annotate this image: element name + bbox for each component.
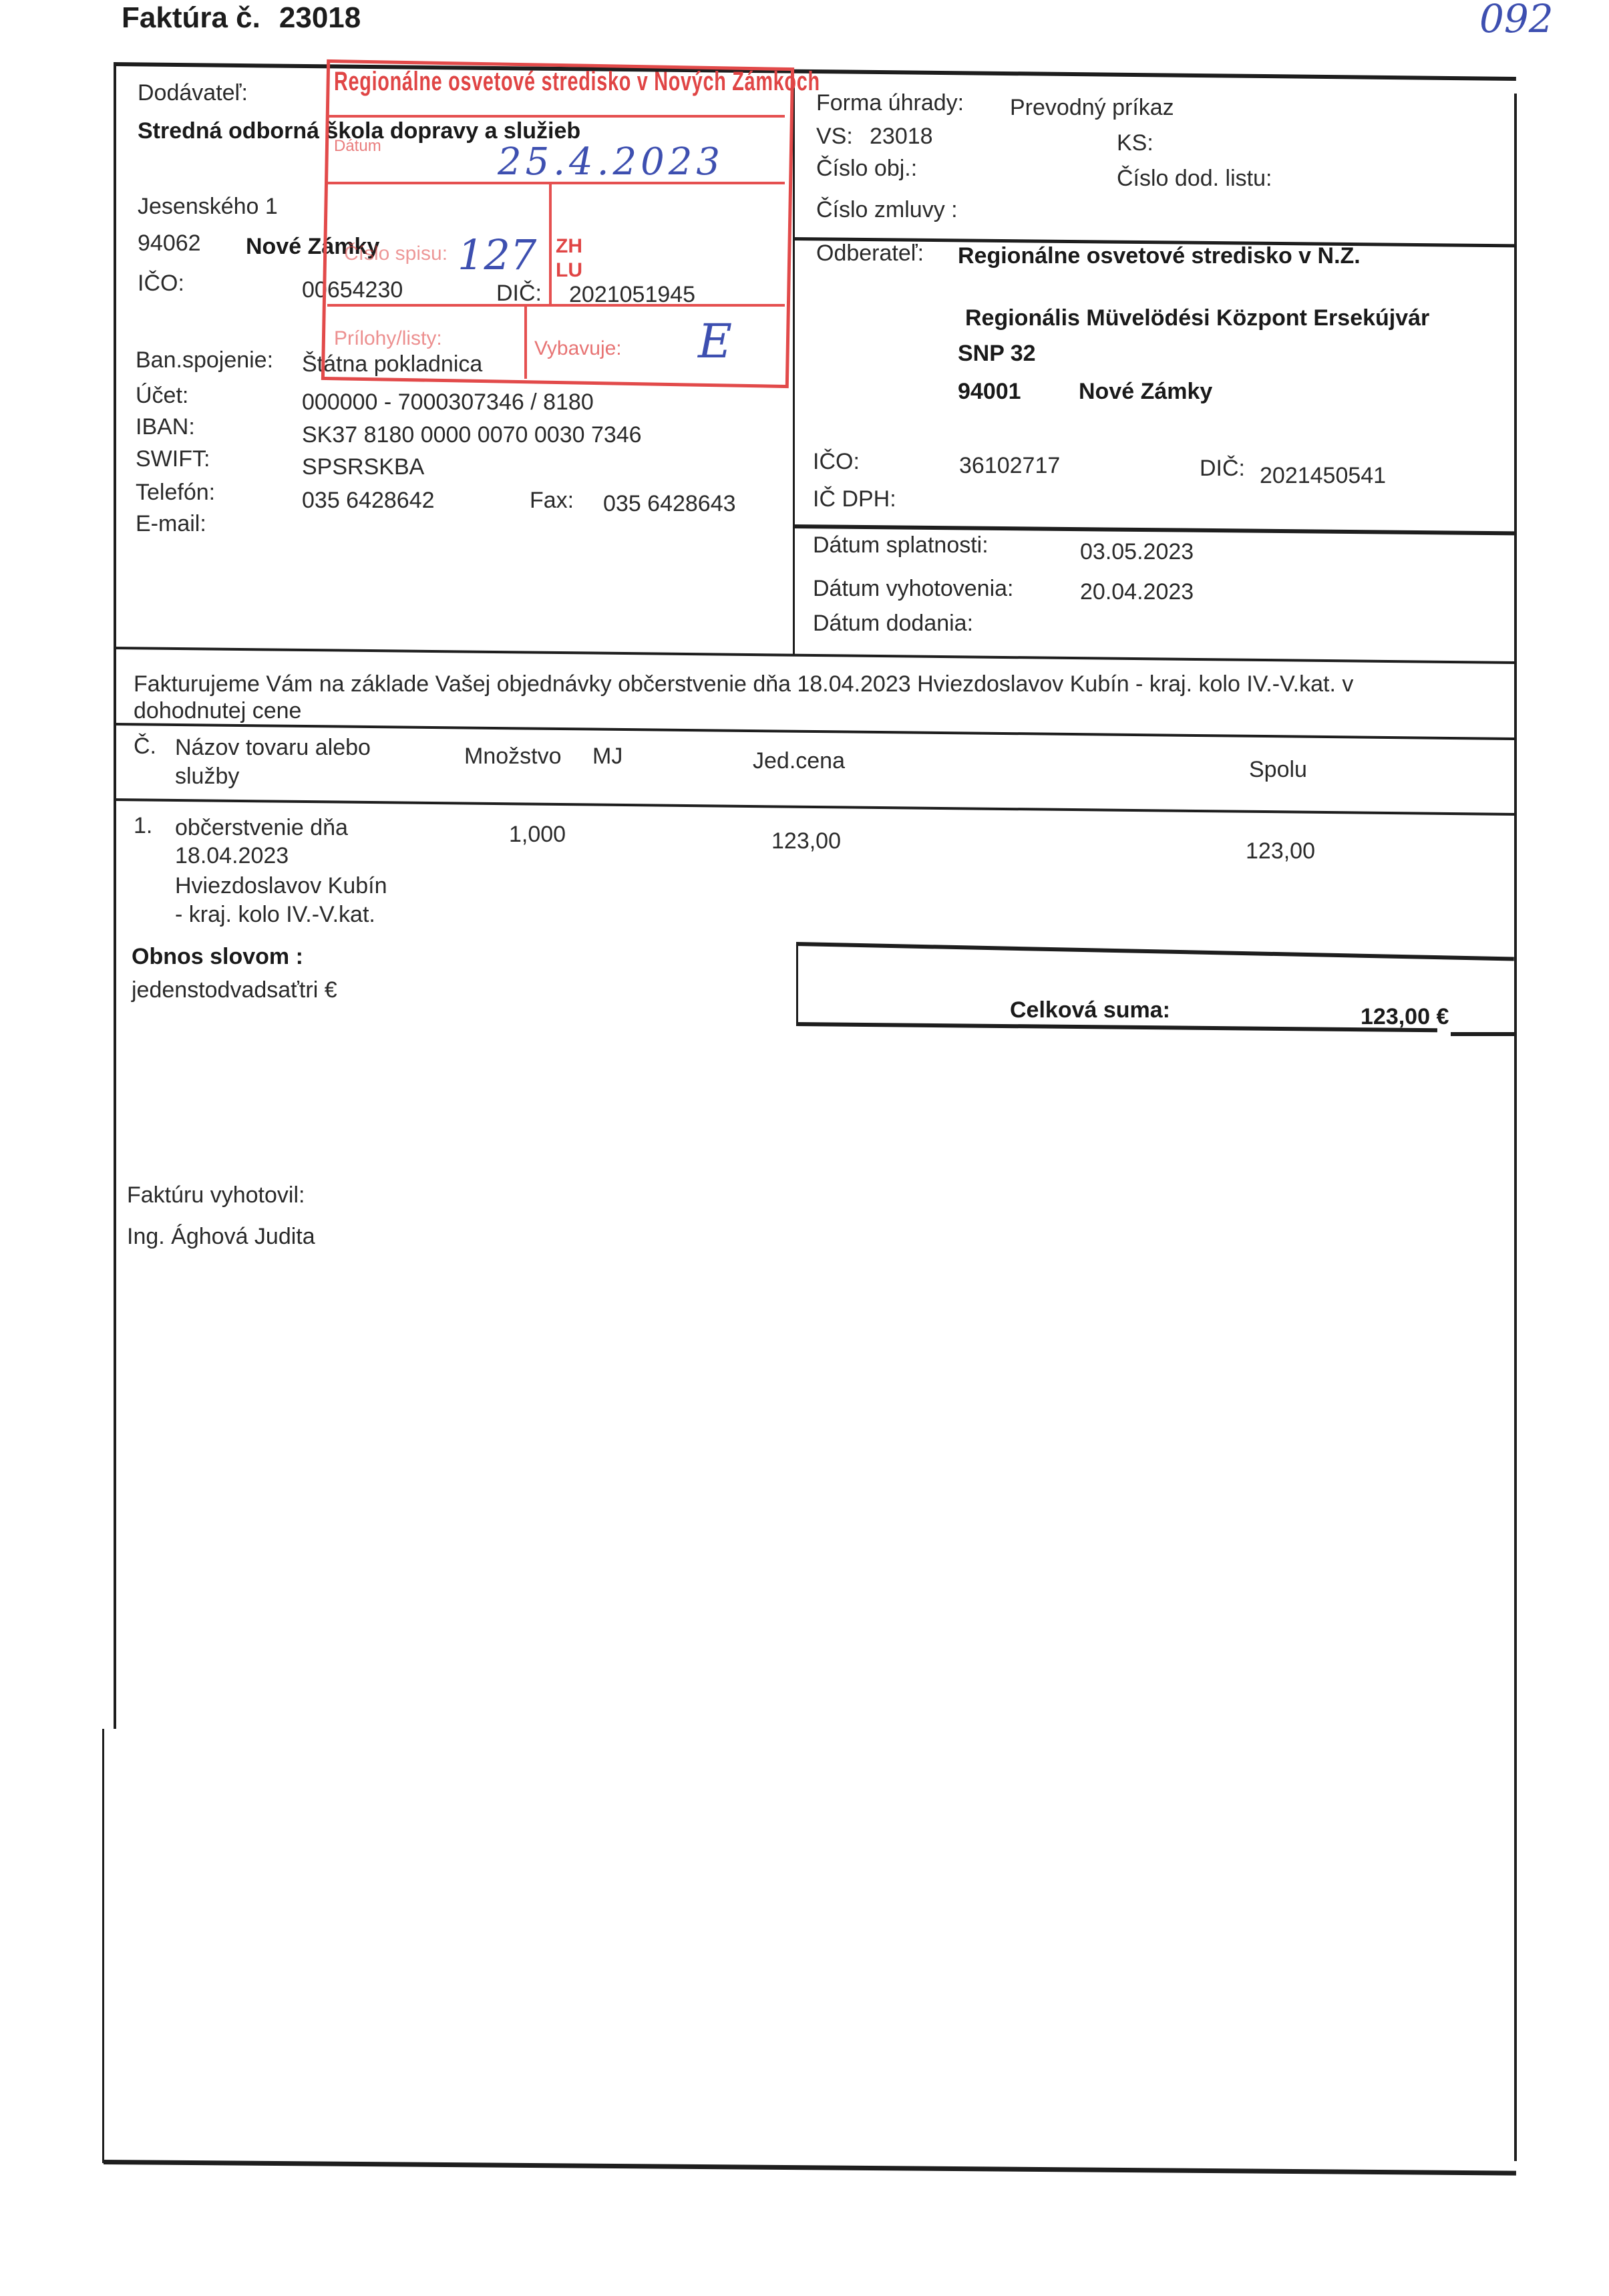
amount-in-words: jedenstodvadsaťtri € xyxy=(132,977,337,1003)
customer-icdph-label: IČ DPH: xyxy=(813,486,896,512)
stamp-vdivider-1 xyxy=(549,182,552,304)
customer-city: Nové Zámky xyxy=(1079,379,1212,405)
stamp-handler-handwritten: E xyxy=(698,314,732,369)
stamp-divider-3 xyxy=(327,304,785,307)
stamp-org-name: Regionálne osvetové stredisko v Nových Z… xyxy=(334,67,820,97)
issued-by-label: Faktúru vyhotovil: xyxy=(127,1182,305,1208)
stamp-handler-label: Vybavuje: xyxy=(534,337,622,360)
item-total: 123,00 xyxy=(1246,838,1315,864)
issue-date: 20.04.2023 xyxy=(1080,579,1194,605)
bank-label: Ban.spojenie: xyxy=(136,347,273,373)
col-header-name-1: Názov tovaru alebo xyxy=(175,735,371,761)
fax-label: Fax: xyxy=(530,488,574,514)
invoice-title: Faktúra č.23018 xyxy=(122,1,361,35)
payment-method-label: Forma úhrady: xyxy=(816,90,964,116)
customer-ico: 36102717 xyxy=(959,453,1060,479)
stamp-code-zh: ZH xyxy=(556,235,582,258)
customer-name-hu: Regionális Müvelödési Központ Ersekújvár xyxy=(965,305,1429,331)
customer-dic: 2021450541 xyxy=(1260,463,1386,489)
supplier-heading: Dodávateľ: xyxy=(138,80,248,106)
intro-text-line2: dohodnutej cene xyxy=(134,698,301,724)
total-value: 123,00 € xyxy=(1361,1004,1449,1030)
total-box-top xyxy=(796,942,1514,961)
handwritten-reference: 092 xyxy=(1479,0,1554,41)
stamp-date-label: Dátum xyxy=(334,137,381,156)
issue-date-label: Dátum vyhotovenia: xyxy=(813,576,1014,602)
supplier-street: Jesenského 1 xyxy=(138,194,278,220)
frame-left-border-lower xyxy=(102,1729,104,2163)
header-bottom-line xyxy=(114,647,1515,664)
col-header-name-2: služby xyxy=(175,764,239,790)
frame-bottom-border xyxy=(104,2160,1516,2176)
invoice-title-label: Faktúra č. xyxy=(122,1,260,34)
stamp-code-lu: LU xyxy=(556,259,582,282)
item-qty: 1,000 xyxy=(509,822,566,848)
customer-street: SNP 32 xyxy=(958,341,1036,367)
stamp-file-handwritten: 127 xyxy=(458,230,536,279)
item-name-line-2: 18.04.2023 xyxy=(175,843,289,869)
customer-ico-label: IČO: xyxy=(813,449,860,475)
stamp-divider-1 xyxy=(327,115,785,118)
delivery-date-label: Dátum dodania: xyxy=(813,611,973,637)
total-box-left xyxy=(796,942,798,1024)
invoice-number: 23018 xyxy=(279,1,361,34)
phone-label: Telefón: xyxy=(136,480,215,506)
total-box-bottom-right xyxy=(1451,1032,1514,1036)
issued-by-name: Ing. Ághová Judita xyxy=(127,1224,315,1250)
vs-label: VS: xyxy=(816,124,853,150)
stamp-vdivider-2 xyxy=(524,304,527,379)
supplier-ico-label: IČO: xyxy=(138,271,184,297)
stamp-date-handwritten: 25.4.2023 xyxy=(498,140,724,184)
customer-heading: Odberateľ: xyxy=(816,240,924,267)
ks-label: KS: xyxy=(1117,130,1153,156)
email-label: E-mail: xyxy=(136,511,206,537)
stamp-attachments-label: Prílohy/listy: xyxy=(334,327,442,350)
account-number: 000000 - 7000307346 / 8180 xyxy=(302,389,594,416)
col-header-unit: MJ xyxy=(592,744,622,770)
account-label: Účet: xyxy=(136,383,188,409)
due-date-label: Dátum splatnosti: xyxy=(813,532,989,558)
item-name-line-4: - kraj. kolo IV.-V.kat. xyxy=(175,902,375,928)
total-label: Celková suma: xyxy=(1010,997,1170,1023)
col-header-no: Č. xyxy=(134,733,156,760)
customer-name: Regionálne osvetové stredisko v N.Z. xyxy=(958,243,1361,269)
header-divider xyxy=(793,80,795,655)
vs-value: 23018 xyxy=(870,124,933,150)
fax-value: 035 6428643 xyxy=(603,491,736,517)
stamp-file-label: Číslo spisu: xyxy=(344,242,448,265)
customer-zip: 94001 xyxy=(958,379,1021,405)
contract-number-label: Číslo zmluvy : xyxy=(816,197,958,223)
customer-dic-label: DIČ: xyxy=(1200,456,1245,482)
due-date: 03.05.2023 xyxy=(1080,539,1194,565)
phone-value: 035 6428642 xyxy=(302,488,435,514)
intro-text-line1: Fakturujeme Vám na základe Vašej objedná… xyxy=(134,671,1353,697)
amount-in-words-label: Obnos slovom : xyxy=(132,944,303,970)
item-name-line-3: Hviezdoslavov Kubín xyxy=(175,873,387,899)
item-name-line-1: občerstvenie dňa xyxy=(175,815,348,841)
table-header-bottom-line xyxy=(114,798,1515,816)
swift-label: SWIFT: xyxy=(136,446,210,472)
iban-label: IBAN: xyxy=(136,414,195,440)
supplier-zip: 94062 xyxy=(138,230,201,257)
item-no: 1. xyxy=(134,813,152,839)
frame-right-border xyxy=(1514,94,1517,2161)
col-header-total: Spolu xyxy=(1249,757,1307,783)
swift-value: SPSRSKBA xyxy=(302,454,424,480)
col-header-unit-price: Jed.cena xyxy=(753,748,845,774)
col-header-qty: Množstvo xyxy=(464,744,562,770)
payment-method: Prevodný príkaz xyxy=(1010,95,1174,121)
frame-left-border xyxy=(114,62,116,1729)
item-unit-price: 123,00 xyxy=(771,828,841,854)
delivery-note-label: Číslo dod. listu: xyxy=(1117,166,1272,192)
order-number-label: Číslo obj.: xyxy=(816,156,917,182)
iban-value: SK37 8180 0000 0070 0030 7346 xyxy=(302,422,642,448)
total-box-bottom xyxy=(796,1022,1437,1032)
